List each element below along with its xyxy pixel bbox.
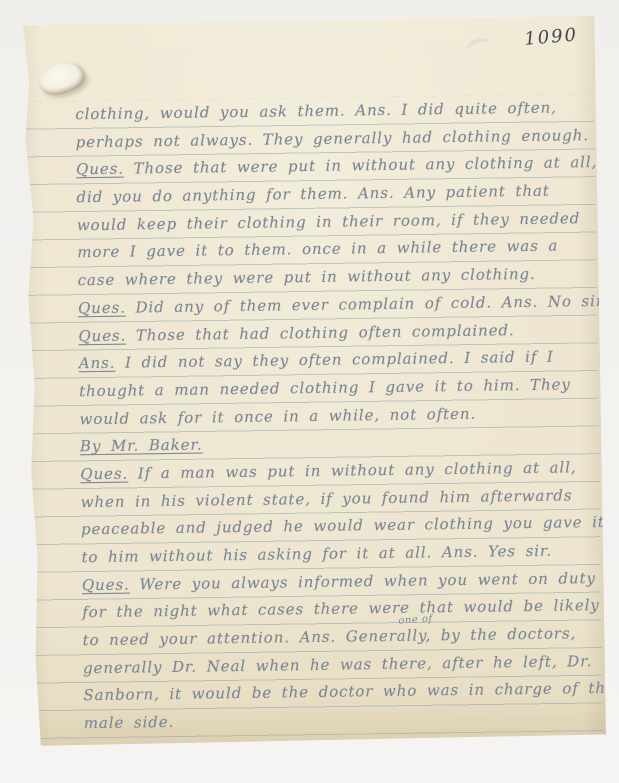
line-text: would ask for it once in a while, not of… (79, 404, 476, 428)
line-text: for the night what cases there were that… (82, 596, 600, 621)
manuscript-paper: 1090 clothing, would you ask them. Ans. … (18, 16, 606, 746)
line-text: more I gave it to them. once in a while … (77, 237, 558, 262)
line-text: I did not say they often complained. I s… (115, 348, 554, 372)
line-text: when in his violent state, if you found … (81, 486, 573, 511)
scanned-document-page: 1090 clothing, would you ask them. Ans. … (0, 0, 619, 783)
line-text: Were you always informed when you went o… (130, 569, 596, 594)
line-text: peaceable and judged he would wear cloth… (81, 513, 605, 538)
interline-insertion: one of (398, 613, 433, 626)
pencil-smudge-mark (464, 36, 494, 61)
paper-tear-hole (36, 58, 88, 99)
line-lead: Ques. (76, 160, 124, 179)
line-text: Sanborn, it would be the doctor who was … (83, 679, 615, 704)
line-text: would keep their clothing in their room,… (77, 209, 581, 234)
line-text: If a man was put in without any clothing… (128, 458, 577, 482)
page-number: 1090 (524, 24, 579, 49)
line-lead: By Mr. Baker. (80, 436, 203, 456)
line-lead: Ques. (78, 326, 126, 345)
line-text: generally Dr. Neal when he was there, af… (83, 652, 592, 677)
line-text: clothing, would you ask them. Ans. I did… (75, 99, 557, 124)
line-text: male side. (84, 713, 175, 732)
manuscript-line: male side. (84, 703, 592, 738)
line-text: did you do anything for them. Ans. Any p… (76, 182, 549, 207)
line-lead: Ques. (80, 465, 128, 484)
line-lead: Ques. (82, 575, 130, 594)
line-text: to him without his asking for it at all.… (81, 542, 552, 567)
line-text: perhaps not always. They generally had c… (76, 126, 589, 151)
line-text: thought a man needed clothing I gave it … (79, 375, 571, 400)
line-text: Did any of them ever complain of cold. A… (126, 292, 608, 317)
line-lead: Ans. (79, 354, 116, 373)
line-lead: Ques. (78, 298, 126, 317)
line-text: Those that had clothing often complained… (126, 321, 515, 344)
line-text: to need your attention. Ans. Generally, … (83, 624, 577, 649)
manuscript-text-block: clothing, would you ask them. Ans. I did… (75, 94, 592, 738)
line-text: Those that were put in without any cloth… (124, 153, 598, 178)
line-text: case where they were put in without any … (78, 265, 536, 289)
